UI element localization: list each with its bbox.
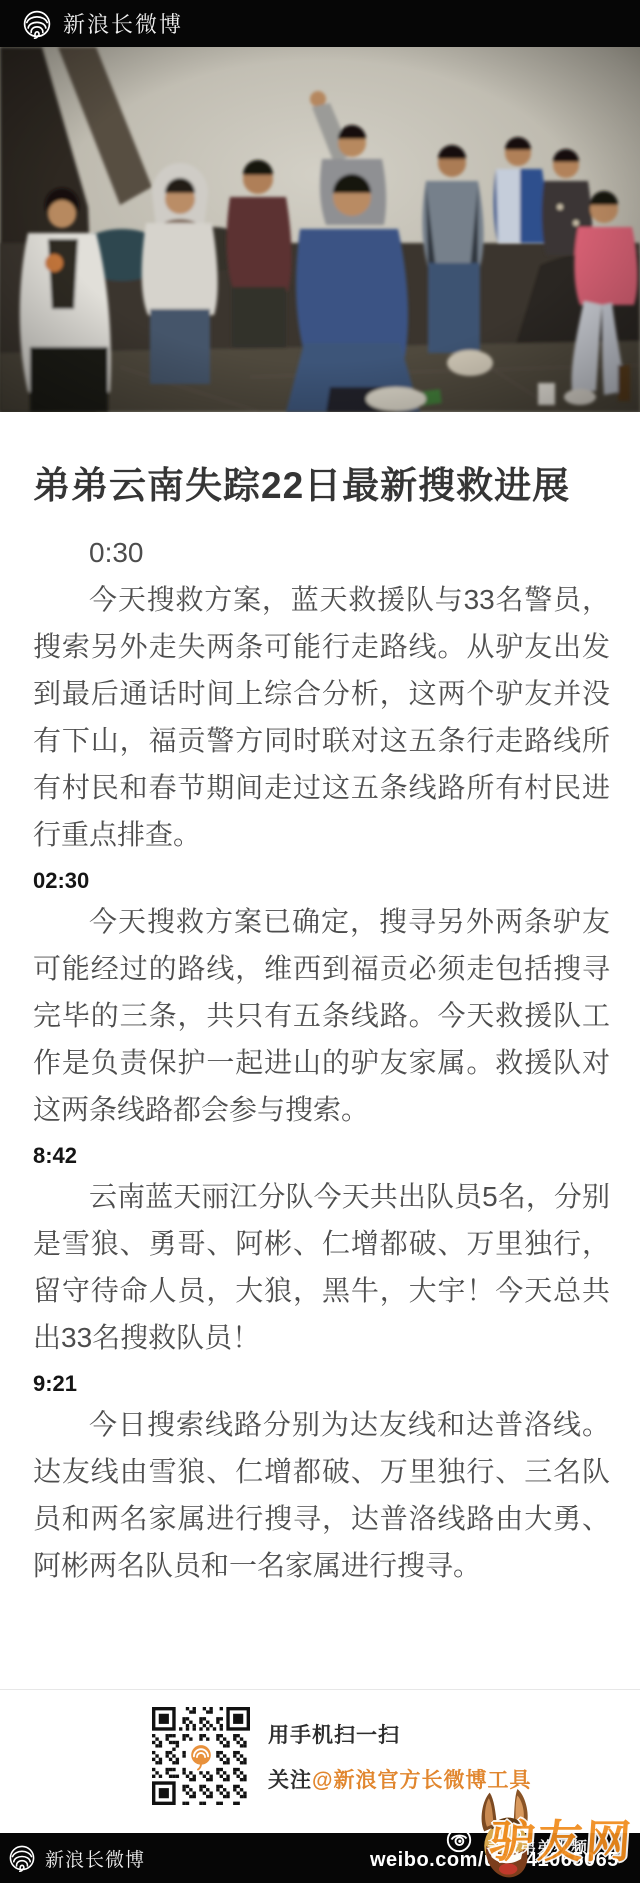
sina-longweibo-logo-icon [22,9,52,39]
timestamp-0842: 8:42 [33,1145,610,1167]
qr-section: 用手机扫一扫 关注@新浪官方长微博工具 [0,1689,640,1833]
follow-line: 关注@新浪官方长微博工具 [268,1764,531,1794]
qr-text-block: 用手机扫一扫 关注@新浪官方长微博工具 [268,1707,531,1794]
paragraph-4: 今日搜索线路分别为达友线和达普洛线。达友线由雪狼、仁增都破、万里独行、三名队员和… [33,1401,610,1589]
article: 弟弟云南失踪22日最新搜救进展 0:30 今天搜救方案，蓝天救援队与33名警员，… [0,412,640,1689]
paragraph-2: 今天搜救方案已确定，搜寻另外两条驴友可能经过的路线，维西到福贡必须走包括搜寻完毕… [33,898,610,1133]
follow-account-link[interactable]: @新浪官方长微博工具 [312,1769,531,1792]
timestamp-0921: 9:21 [33,1373,610,1395]
brand-name: 新浪长微博 [63,8,183,39]
paragraph-1: 今天搜救方案，蓝天救援队与33名警员，搜索另外走失两条可能行走路线。从驴友出发到… [33,576,610,858]
long-weibo-page: 新浪长微博 [0,0,640,1883]
qr-code [152,1707,250,1805]
follow-prefix: 关注 [268,1769,312,1792]
timestamp-0230: 02:30 [33,870,610,892]
footer-brand-logo-icon [8,1844,36,1872]
app-header: 新浪长微博 [0,0,640,47]
hero-photo [0,47,640,412]
scan-hint: 用手机扫一扫 [268,1719,531,1749]
footer-brand-name: 新浪长微博 [45,1845,145,1872]
paragraph-3: 云南蓝天丽江分队今天共出队员5名，分别是雪狼、勇哥、阿彬、仁增都破、万里独行，留… [33,1173,610,1361]
footer-url-link[interactable]: weibo.com/u/5041065065 [370,1849,619,1872]
article-title: 弟弟云南失踪22日最新搜救进展 [33,458,610,514]
timestamp-0030: 0:30 [33,529,610,576]
